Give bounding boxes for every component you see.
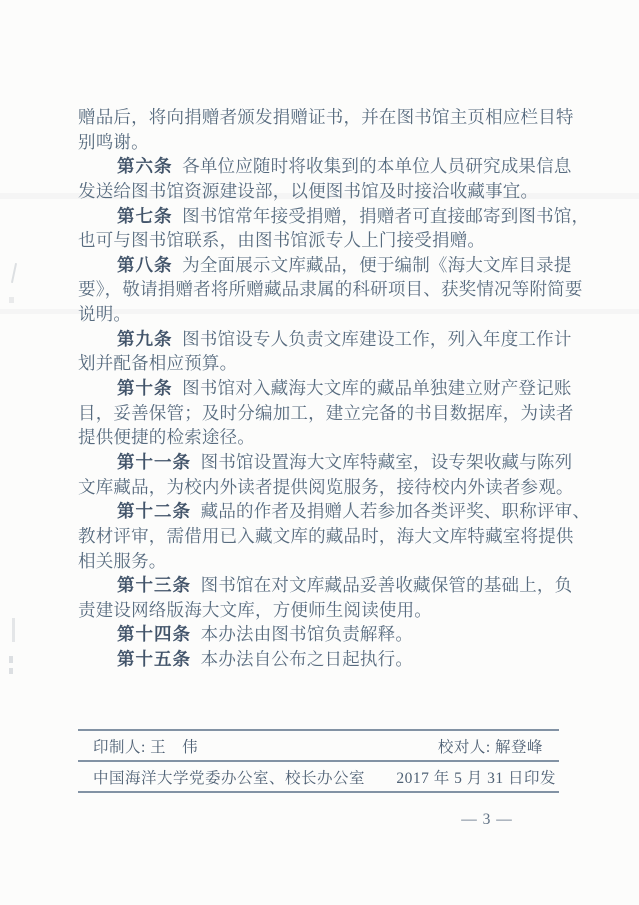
- article-number: 第九条: [117, 329, 173, 349]
- article-number: 第八条: [117, 255, 173, 275]
- text-line: 责建设网络版海大文库，方便师生阅读使用。: [78, 598, 573, 623]
- text-line: 文库藏品，为校内外读者提供阅览服务，接待校内外读者参观。: [78, 475, 573, 500]
- text-line: 要》，敬请捐赠者将所赠藏品隶属的科研项目、获奖情况等附简要: [78, 277, 573, 302]
- text-line: 赠品后，将向捐赠者颁发捐赠证书，并在图书馆主页相应栏目特: [78, 105, 573, 130]
- scanned-document-page: 赠品后，将向捐赠者颁发捐赠证书，并在图书馆主页相应栏目特别鸣谢。第六条各单位应随…: [0, 0, 639, 905]
- footer-issue-row: 中国海洋大学党委办公室、校长办公室 2017 年 5 月 31 日印发: [78, 762, 559, 793]
- line-text: 发送给图书馆资源建设部，以便图书馆及时接洽收藏事宜。: [78, 181, 538, 201]
- line-text: 各单位应随时将收集到的本单位人员研究成果信息: [182, 156, 571, 176]
- line-text: 本办法自公布之日起执行。: [201, 649, 413, 669]
- article-number: 第十一条: [117, 452, 191, 472]
- line-text: 提供便捷的检索途径。: [78, 427, 255, 447]
- line-text: 本办法由图书馆负责解释。: [201, 624, 413, 644]
- line-text: 赠品后，将向捐赠者颁发捐赠证书，并在图书馆主页相应栏目特: [78, 107, 574, 127]
- line-text: 说明。: [78, 304, 131, 324]
- line-text: 教材评审，需借用已入藏文库的藏品时，海大文库特藏室将提供: [78, 526, 574, 546]
- line-text: 图书馆常年接受捐赠，捐赠者可直接邮寄到图书馆，: [182, 206, 589, 226]
- article-number: 第十四条: [117, 624, 191, 644]
- printer-name: 印制人: 王 伟: [93, 735, 198, 757]
- text-line: 第十一条图书馆设置海大文库特藏室，设专架收藏与陈列: [78, 450, 573, 475]
- text-line: 说明。: [78, 302, 573, 327]
- text-line: 第八条为全面展示文库藏品，便于编制《海大文库目录提: [78, 253, 573, 278]
- issue-date: 2017 年 5 月 31 日印发: [396, 766, 556, 788]
- line-text: 文库藏品，为校内外读者提供阅览服务，接待校内外读者参观。: [78, 477, 574, 497]
- footer-print-row: 印制人: 王 伟 校对人: 解登峰: [78, 731, 559, 762]
- text-line: 提供便捷的检索途径。: [78, 425, 573, 450]
- text-line: 别鸣谢。: [78, 130, 573, 155]
- document-body: 赠品后，将向捐赠者颁发捐赠证书，并在图书馆主页相应栏目特别鸣谢。第六条各单位应随…: [78, 105, 573, 672]
- scan-artifact: [9, 668, 13, 674]
- line-text: 责建设网络版海大文库，方便师生阅读使用。: [78, 600, 432, 620]
- article-number: 第十条: [117, 378, 173, 398]
- line-text: 要》，敬请捐赠者将所赠藏品隶属的科研项目、获奖情况等附简要: [78, 279, 583, 299]
- scan-artifact: [12, 618, 15, 642]
- text-line: 第十条图书馆对入藏海大文库的藏品单独建立财产登记账: [78, 376, 573, 401]
- text-line: 第六条各单位应随时将收集到的本单位人员研究成果信息: [78, 154, 573, 179]
- article-number: 第十二条: [117, 501, 191, 521]
- line-text: 图书馆设置海大文库特藏室，设专架收藏与陈列: [201, 452, 573, 472]
- article-number: 第十三条: [117, 575, 191, 595]
- article-number: 第十五条: [117, 649, 191, 669]
- text-line: 目，妥善保管；及时分编加工，建立完备的书目数据库，为读者: [78, 401, 573, 426]
- scan-artifact: [9, 297, 14, 303]
- proofreader-name: 校对人: 解登峰: [438, 735, 543, 757]
- text-line: 发送给图书馆资源建设部，以便图书馆及时接洽收藏事宜。: [78, 179, 573, 204]
- document-footer: 印制人: 王 伟 校对人: 解登峰 中国海洋大学党委办公室、校长办公室 2017…: [78, 729, 559, 793]
- scan-artifact: [11, 263, 17, 283]
- line-text: 为全面展示文库藏品，便于编制《海大文库目录提: [182, 255, 571, 275]
- text-line: 第七条图书馆常年接受捐赠，捐赠者可直接邮寄到图书馆，: [78, 204, 573, 229]
- line-text: 图书馆设专人负责文库建设工作，列入年度工作计: [182, 329, 571, 349]
- line-text: 藏品的作者及捐赠人若参加各类评奖、职称评审、: [201, 501, 590, 521]
- text-line: 第十四条本办法由图书馆负责解释。: [78, 622, 573, 647]
- line-text: 目，妥善保管；及时分编加工，建立完备的书目数据库，为读者: [78, 403, 574, 423]
- text-line: 第十五条本办法自公布之日起执行。: [78, 647, 573, 672]
- line-text: 划并配备相应预算。: [78, 353, 237, 373]
- line-text: 图书馆对入藏海大文库的藏品单独建立财产登记账: [182, 378, 571, 398]
- text-line: 相关服务。: [78, 549, 573, 574]
- scan-artifact: [9, 656, 13, 663]
- text-line: 第十三条图书馆在对文库藏品妥善收藏保管的基础上，负: [78, 573, 573, 598]
- issuing-office: 中国海洋大学党委办公室、校长办公室: [93, 766, 365, 788]
- article-number: 第七条: [117, 206, 173, 226]
- page-number: — 3 —: [452, 811, 522, 829]
- text-line: 第九条图书馆设专人负责文库建设工作，列入年度工作计: [78, 327, 573, 352]
- text-line: 也可与图书馆联系，由图书馆派专人上门接受捐赠。: [78, 228, 573, 253]
- line-text: 别鸣谢。: [78, 132, 149, 152]
- text-line: 第十二条藏品的作者及捐赠人若参加各类评奖、职称评审、: [78, 499, 573, 524]
- article-number: 第六条: [117, 156, 173, 176]
- line-text: 相关服务。: [78, 551, 167, 571]
- line-text: 图书馆在对文库藏品妥善收藏保管的基础上，负: [201, 575, 573, 595]
- text-line: 划并配备相应预算。: [78, 351, 573, 376]
- text-line: 教材评审，需借用已入藏文库的藏品时，海大文库特藏室将提供: [78, 524, 573, 549]
- line-text: 也可与图书馆联系，由图书馆派专人上门接受捐赠。: [78, 230, 485, 250]
